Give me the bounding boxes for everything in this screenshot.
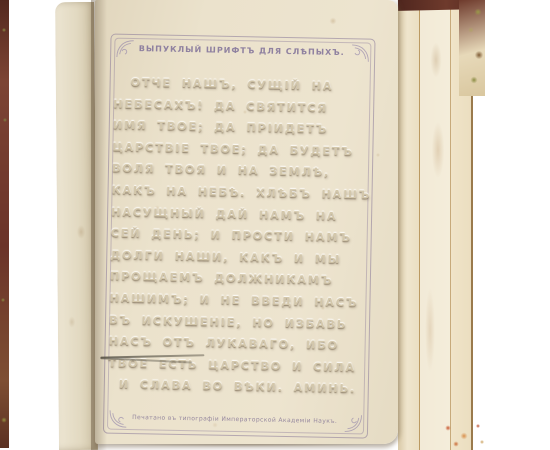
page-edge-strip bbox=[420, 0, 451, 450]
pencil-stroke bbox=[100, 357, 192, 363]
book-page: ВЫПУКЛЫЙ ШРИФТЪ ДЛЯ СЛѢПЫХЪ. ОТЧЕ НАШЪ, … bbox=[95, 0, 398, 444]
book-photo: ВЫПУКЛЫЙ ШРИФТЪ ДЛЯ СЛѢПЫХЪ. ОТЧЕ НАШЪ, … bbox=[0, 0, 550, 450]
page-edge-strip bbox=[398, 0, 420, 450]
marbled-cover-flecks bbox=[438, 418, 490, 450]
gutter-shadow bbox=[91, 0, 107, 450]
page-content: ВЫПУКЛЫЙ ШРИФТЪ ДЛЯ СЛѢПЫХЪ. ОТЧЕ НАШЪ, … bbox=[91, 0, 402, 449]
pencil-mark bbox=[100, 352, 208, 364]
embossed-text-block: ОТЧЕ НАШЪ, СУЩІЙ НА НЕБЕСАХЪ! ДА СВЯТИТС… bbox=[108, 72, 374, 401]
book-cover-fore-edge bbox=[0, 0, 9, 448]
book-cover-corner bbox=[459, 0, 485, 96]
